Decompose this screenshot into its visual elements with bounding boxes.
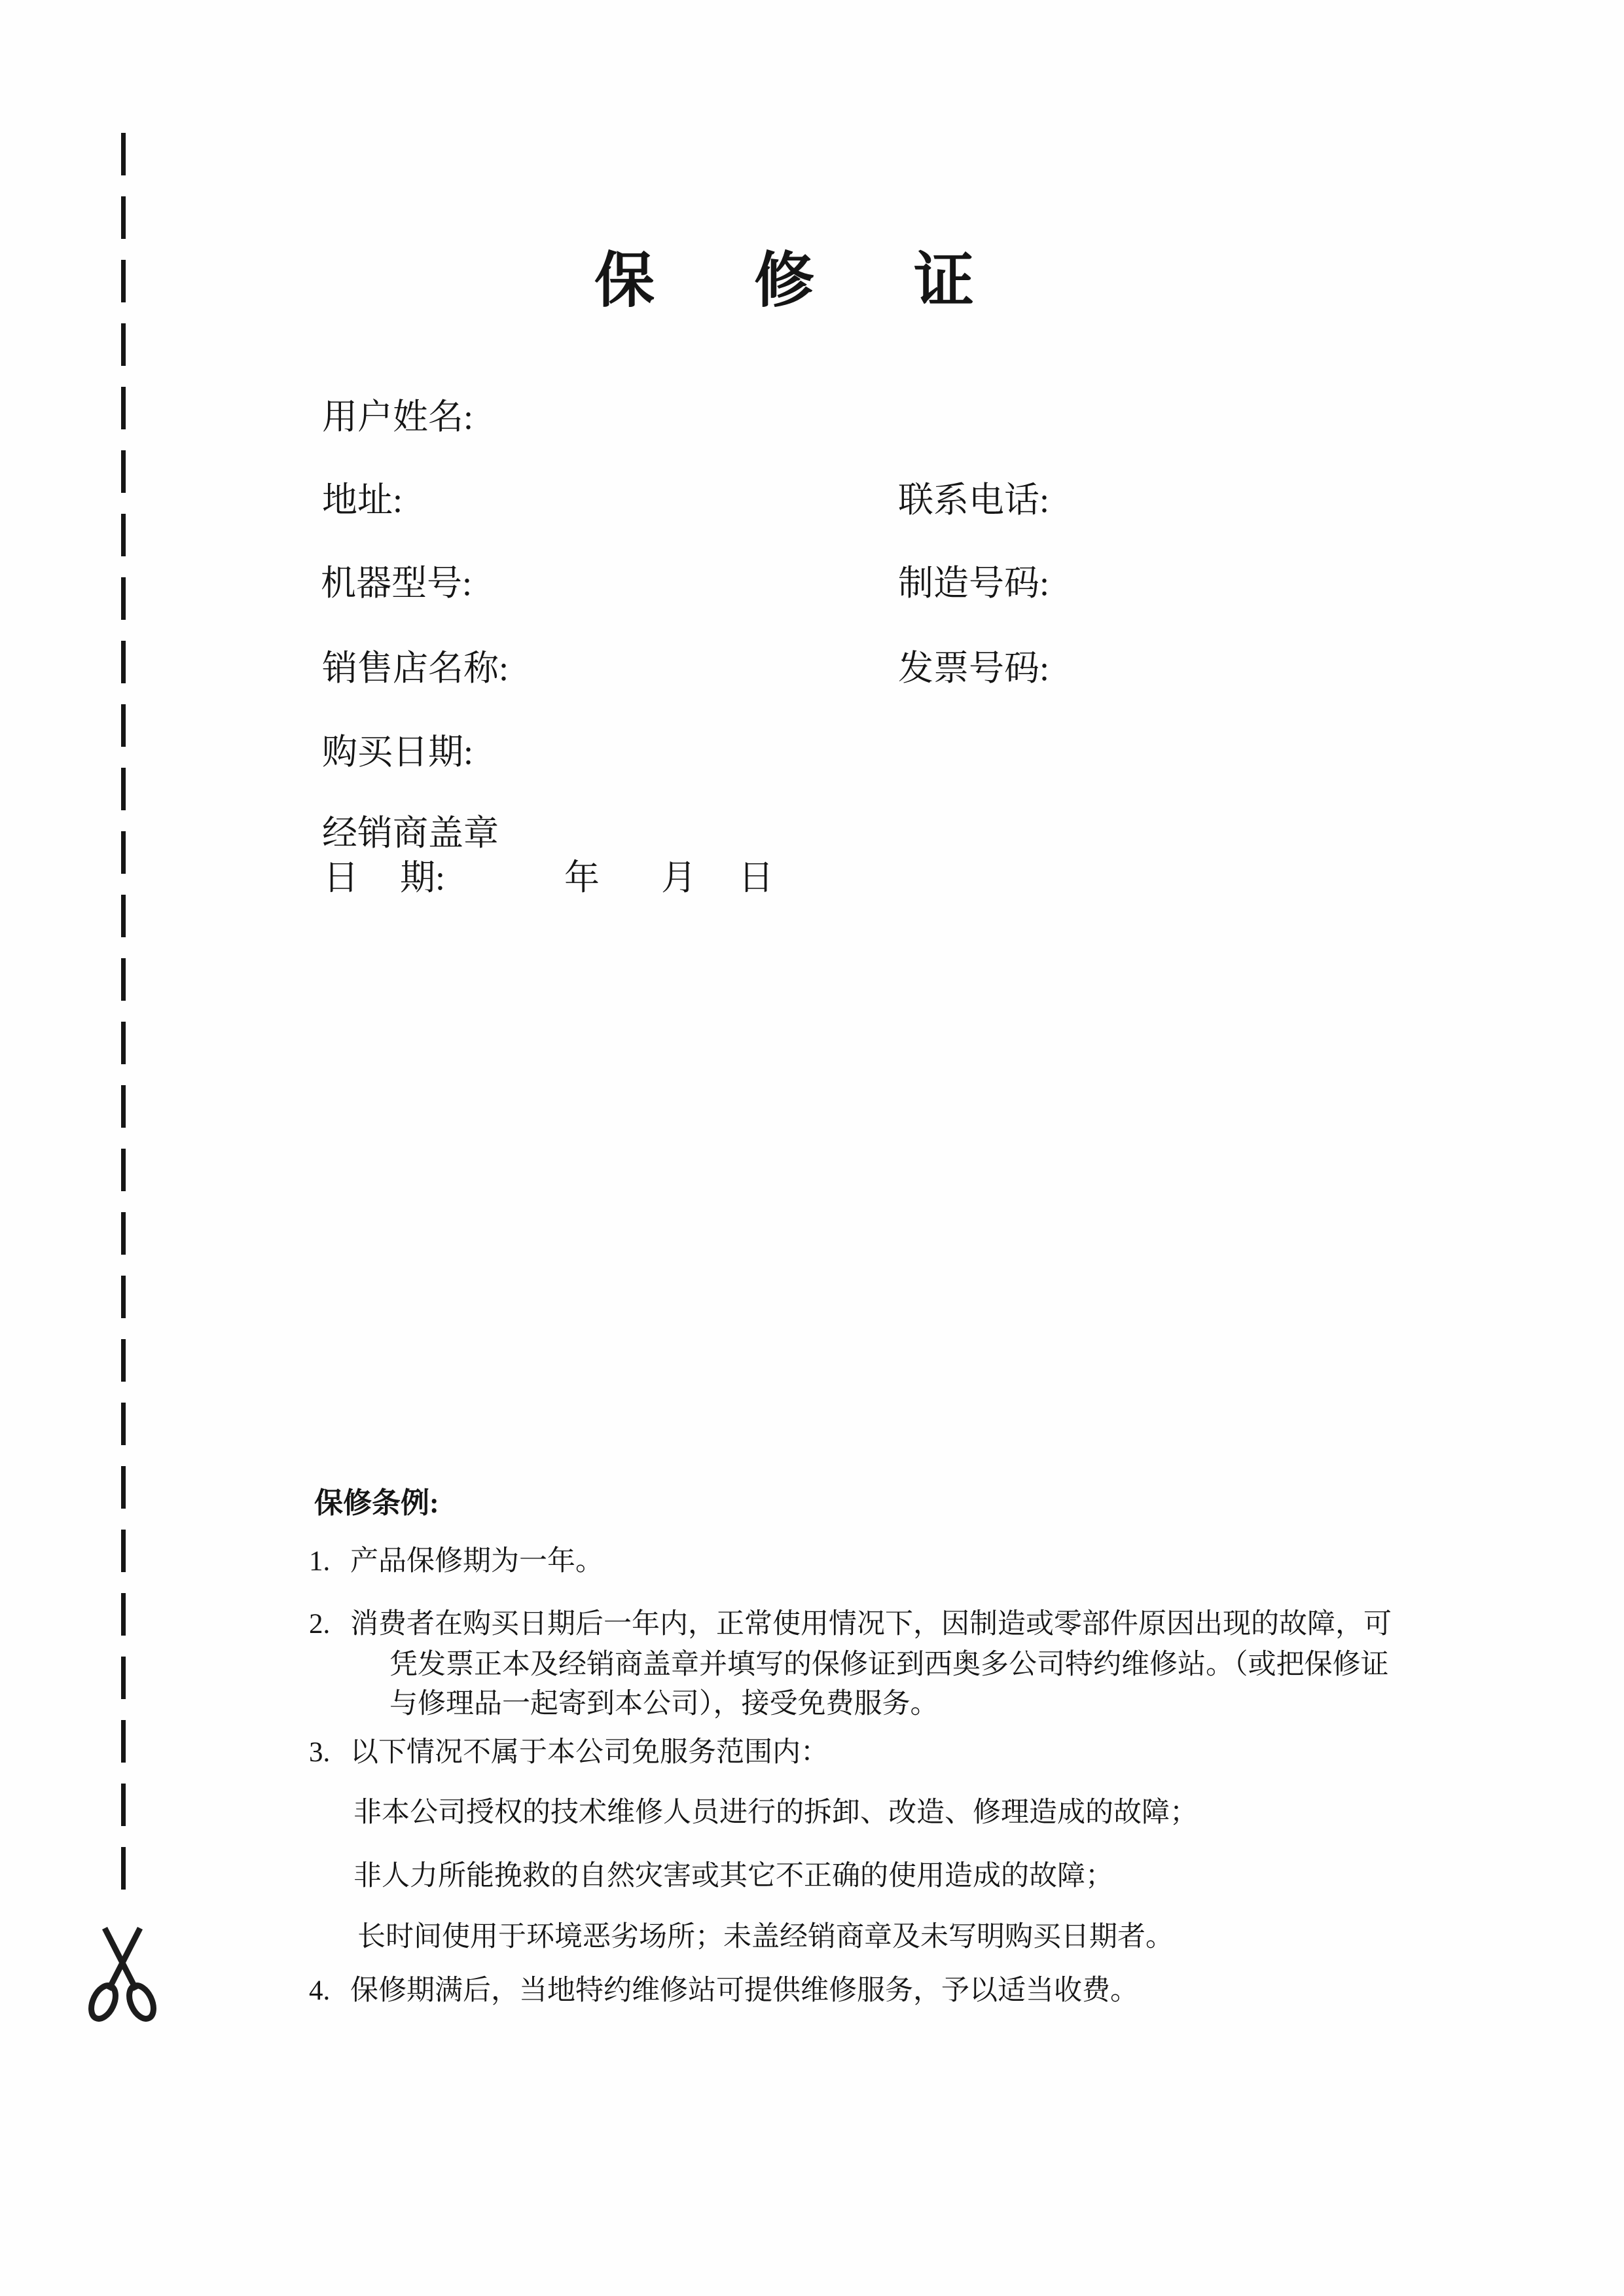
invoice-number-label: 发票号码: bbox=[898, 651, 1049, 686]
term-3-sub1: 非本公司授权的技术维修人员进行的拆卸、改造、修理造成的故障； bbox=[353, 1799, 1198, 1827]
term-2-line1: 消费者在购买日期后一年内，正常使用情况下，因制造或零部件原因出现的故障，可 bbox=[350, 1610, 1392, 1638]
date-label-part2: 期: bbox=[400, 860, 445, 895]
store-name-label: 销售店名称: bbox=[322, 651, 509, 686]
term-2-line2: 凭发票正本及经销商盖章并填写的保修证到西奥多公司特约维修站。（或把保修证 bbox=[389, 1651, 1389, 1679]
machine-model-label: 机器型号: bbox=[321, 565, 472, 601]
date-year-label: 年 bbox=[564, 860, 600, 895]
page-title: 保修证 bbox=[594, 251, 1074, 311]
term-3-text: 以下情况不属于本公司免服务范围内： bbox=[350, 1738, 829, 1767]
term-1-number: 1. bbox=[309, 1547, 330, 1575]
term-3-number: 3. bbox=[309, 1738, 330, 1767]
term-4-number: 4. bbox=[309, 1977, 330, 2005]
term-3-sub3: 长时间使用于环境恶劣场所；未盖经销商章及未写明购买日期者。 bbox=[357, 1923, 1174, 1951]
date-label-part1: 日 bbox=[323, 860, 359, 895]
dealer-stamp-label: 经销商盖章 bbox=[322, 816, 499, 851]
serial-number-label: 制造号码: bbox=[898, 565, 1049, 601]
address-label: 地址: bbox=[322, 482, 403, 518]
term-3-sub2: 非人力所能挽救的自然灾害或其它不正确的使用造成的故障； bbox=[353, 1862, 1113, 1890]
phone-label: 联系电话: bbox=[898, 482, 1049, 518]
warranty-terms-heading: 保修条例: bbox=[314, 1489, 439, 1518]
term-4-text: 保修期满后，当地特约维修站可提供维修服务，予以适当收费。 bbox=[350, 1977, 1138, 2005]
cut-line bbox=[121, 133, 126, 1901]
term-1-text: 产品保修期为一年。 bbox=[350, 1547, 604, 1575]
scissors-icon bbox=[86, 1925, 158, 2023]
term-2-line3: 与修理品一起寄到本公司），接受免费服务。 bbox=[389, 1690, 939, 1718]
date-month-label: 月 bbox=[661, 860, 696, 895]
date-day-label: 日 bbox=[738, 860, 774, 895]
term-2-number: 2. bbox=[309, 1610, 330, 1638]
user-name-label: 用户姓名: bbox=[322, 399, 473, 435]
purchase-date-label: 购买日期: bbox=[322, 734, 473, 770]
warranty-certificate-page: 保修证 用户姓名: 地址: 联系电话: 机器型号: 制造号码: 销售店名称: 发… bbox=[0, 0, 1624, 2296]
